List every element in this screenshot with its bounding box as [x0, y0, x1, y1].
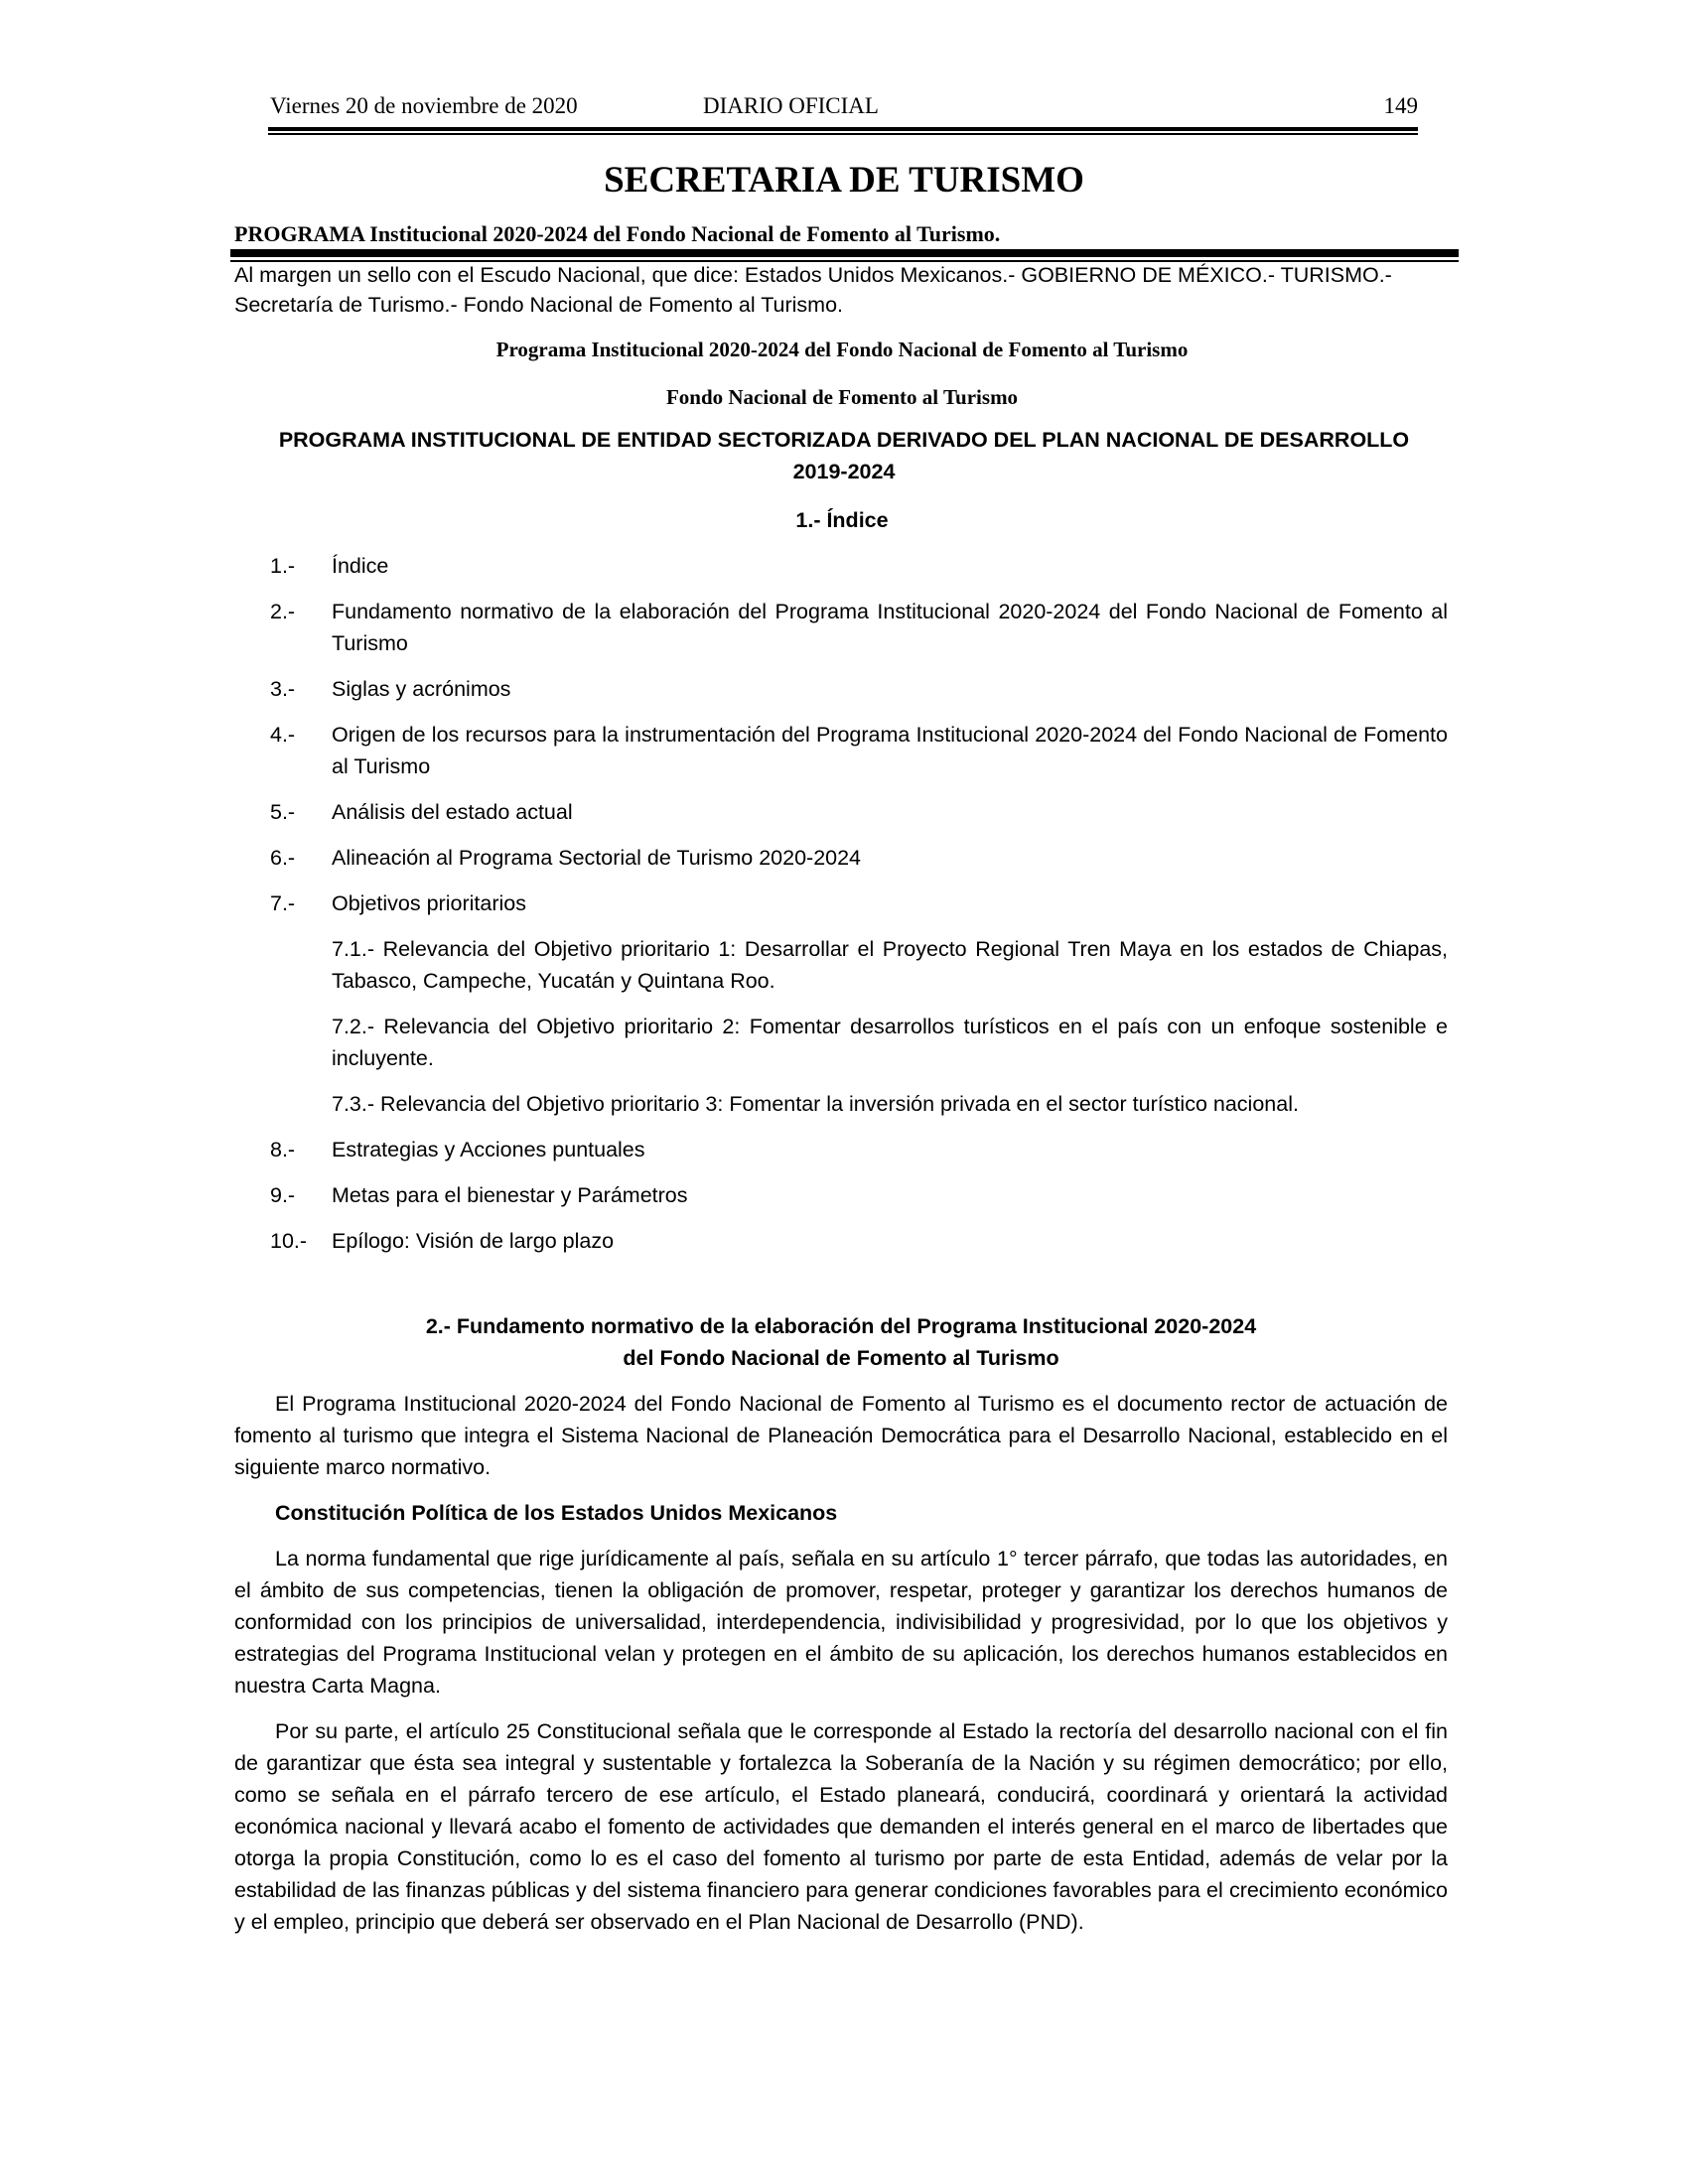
toc-number: 7.-: [270, 887, 332, 919]
section-2-title: 2.- Fundamento normativo de la elaboraci…: [234, 1310, 1448, 1374]
toc-text: Análisis del estado actual: [332, 796, 1448, 828]
toc-text: Origen de los recursos para la instrumen…: [332, 719, 1448, 782]
toc-number: 6.-: [270, 842, 332, 874]
section-2-title-line2: del Fondo Nacional de Fomento al Turismo: [234, 1342, 1448, 1374]
toc-text: Epílogo: Visión de largo plazo: [332, 1225, 1448, 1257]
toc-subitem[interactable]: 7.2.- Relevancia del Objetivo prioritari…: [332, 1011, 1448, 1074]
page-number: 149: [1384, 93, 1419, 119]
toc-number: 10.-: [270, 1225, 332, 1257]
toc-number: 1.-: [270, 550, 332, 582]
journal-name: DIARIO OFICIAL: [703, 93, 879, 119]
toc-number: 5.-: [270, 796, 332, 828]
section-2: 2.- Fundamento normativo de la elaboraci…: [234, 1310, 1448, 1952]
publication-date: Viernes 20 de noviembre de 2020: [270, 93, 578, 119]
toc-text: Siglas y acrónimos: [332, 673, 1448, 705]
toc-subitem[interactable]: 7.1.- Relevancia del Objetivo prioritari…: [332, 933, 1448, 997]
toc-item[interactable]: 1.-Índice: [270, 550, 1448, 582]
toc-item[interactable]: 9.-Metas para el bienestar y Parámetros: [270, 1179, 1448, 1211]
toc-subitem[interactable]: 7.3.- Relevancia del Objetivo prioritari…: [332, 1088, 1448, 1120]
toc-number: 9.-: [270, 1179, 332, 1211]
table-of-contents: 1.-Índice 2.-Fundamento normativo de la …: [270, 550, 1448, 1271]
toc-item[interactable]: 2.-Fundamento normativo de la elaboració…: [270, 596, 1448, 659]
section-2-title-line1: 2.- Fundamento normativo de la elaboraci…: [234, 1310, 1448, 1342]
toc-item[interactable]: 8.-Estrategias y Acciones puntuales: [270, 1134, 1448, 1165]
running-header: Viernes 20 de noviembre de 2020 DIARIO O…: [270, 93, 1418, 119]
index-heading: 1.- Índice: [234, 504, 1450, 536]
toc-number: 3.-: [270, 673, 332, 705]
toc-item[interactable]: 3.-Siglas y acrónimos: [270, 673, 1448, 705]
decree-title: PROGRAMA Institucional 2020-2024 del Fon…: [234, 220, 1000, 248]
toc-number: 2.-: [270, 596, 332, 659]
program-title: Programa Institucional 2020-2024 del Fon…: [234, 336, 1450, 363]
agency-title: SECRETARIA DE TURISMO: [0, 159, 1688, 203]
margin-note: Al margen un sello con el Escudo Naciona…: [234, 260, 1458, 320]
toc-item[interactable]: 5.-Análisis del estado actual: [270, 796, 1448, 828]
toc-text: Índice: [332, 550, 1448, 582]
toc-text: Estrategias y Acciones puntuales: [332, 1134, 1448, 1165]
toc-item[interactable]: 6.-Alineación al Programa Sectorial de T…: [270, 842, 1448, 874]
toc-text: Metas para el bienestar y Parámetros: [332, 1179, 1448, 1211]
toc-item[interactable]: 7.-Objetivos prioritarios: [270, 887, 1448, 919]
toc-text: Fundamento normativo de la elaboración d…: [332, 596, 1448, 659]
toc-item[interactable]: 4.-Origen de los recursos para la instru…: [270, 719, 1448, 782]
body-paragraph: La norma fundamental que rige jurídicame…: [234, 1543, 1448, 1702]
constitution-subheading: Constitución Política de los Estados Uni…: [275, 1497, 1448, 1529]
toc-text: Alineación al Programa Sectorial de Turi…: [332, 842, 1448, 874]
program-type-heading: PROGRAMA INSTITUCIONAL DE ENTIDAD SECTOR…: [258, 424, 1430, 487]
header-rule: [268, 127, 1418, 135]
toc-number: 4.-: [270, 719, 332, 782]
toc-number: 8.-: [270, 1134, 332, 1165]
section-2-intro: El Programa Institucional 2020-2024 del …: [234, 1388, 1448, 1483]
toc-text: Objetivos prioritarios: [332, 887, 1448, 919]
body-paragraph: Por su parte, el artículo 25 Constitucio…: [234, 1715, 1448, 1938]
toc-item[interactable]: 10.-Epílogo: Visión de largo plazo: [270, 1225, 1448, 1257]
entity-title: Fondo Nacional de Fomento al Turismo: [234, 383, 1450, 411]
